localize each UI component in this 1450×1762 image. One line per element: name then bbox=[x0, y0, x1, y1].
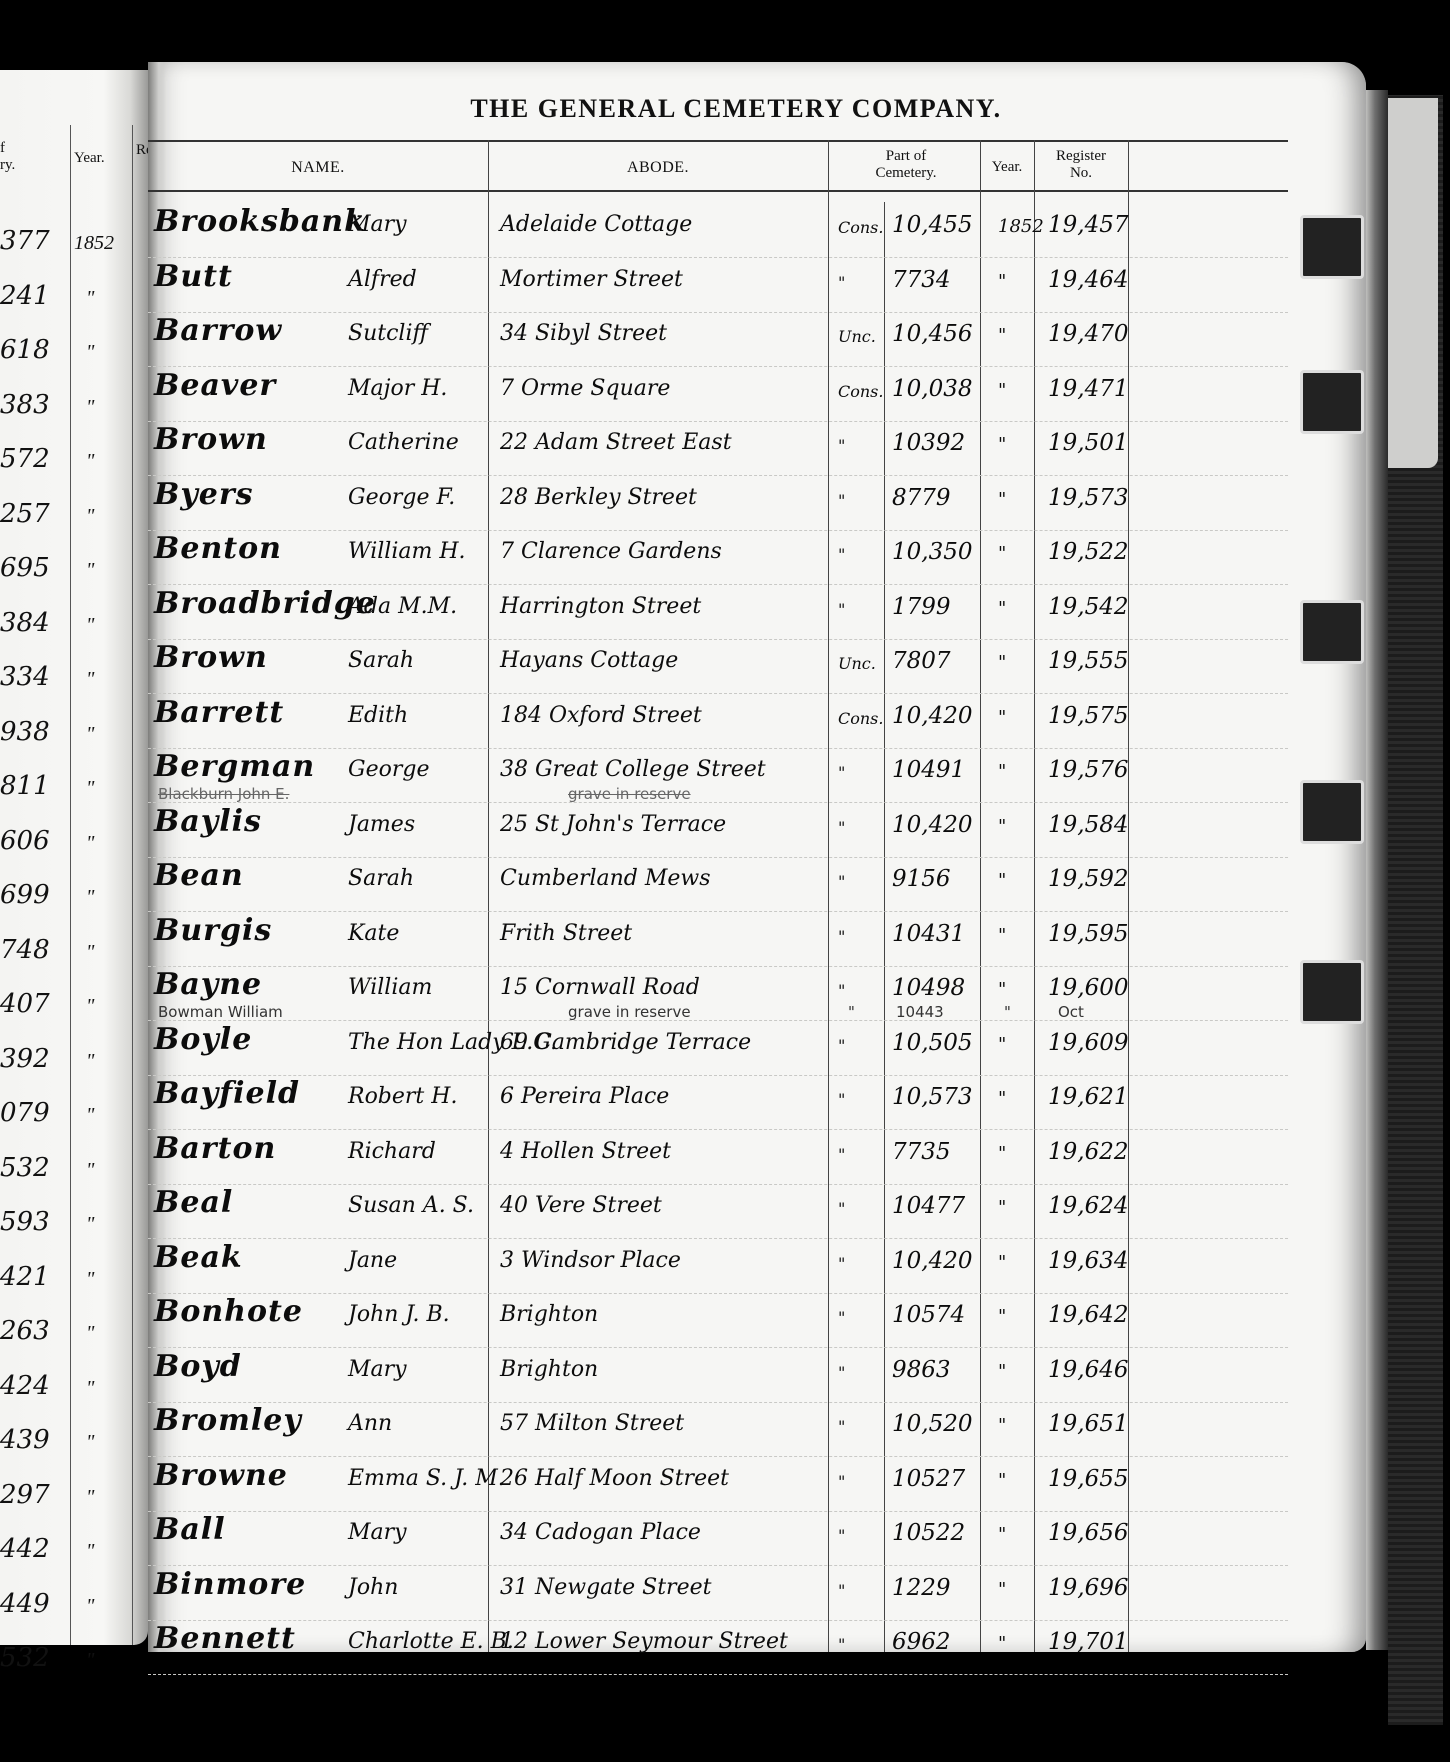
abode: 26 Half Moon Street bbox=[500, 1466, 729, 1491]
left-year: " bbox=[86, 450, 94, 473]
left-page-row: 699" bbox=[0, 872, 148, 928]
register-number: 19,584 bbox=[1048, 812, 1128, 838]
grave-number: 10,038 bbox=[892, 376, 972, 402]
given-name: Catherine bbox=[348, 430, 459, 455]
register-page: THE GENERAL CEMETERY COMPANY. NAME. ABOD… bbox=[148, 62, 1366, 1652]
table-row: BrownCatherine22 Adam Street East"10392"… bbox=[148, 420, 1288, 476]
abode: 7 Clarence Gardens bbox=[500, 539, 722, 564]
left-year: " bbox=[86, 1268, 94, 1291]
left-year: " bbox=[86, 995, 94, 1018]
given-name: Mary bbox=[348, 1357, 407, 1382]
left-page-row: 811" bbox=[0, 763, 148, 819]
grave-number: 10,505 bbox=[892, 1030, 972, 1056]
abode: 22 Adam Street East bbox=[500, 430, 732, 455]
register-number: 19,701 bbox=[1048, 1629, 1128, 1655]
grave-number: 9863 bbox=[892, 1357, 951, 1383]
part-of-cemetery: " bbox=[838, 1254, 845, 1273]
left-year: 1852 bbox=[74, 232, 114, 255]
left-year: " bbox=[86, 1486, 94, 1509]
surname: Benton bbox=[154, 531, 282, 566]
surname: Bonhote bbox=[154, 1294, 303, 1329]
year: " bbox=[998, 489, 1006, 510]
part-of-cemetery: Unc. bbox=[838, 327, 876, 346]
register-number: 19,595 bbox=[1048, 921, 1128, 947]
abode: 7 Orme Square bbox=[500, 376, 670, 401]
left-grave-number: 377 bbox=[0, 226, 50, 256]
part-of-cemetery: " bbox=[838, 1308, 845, 1327]
abode: 28 Berkley Street bbox=[500, 485, 697, 510]
left-year: " bbox=[86, 614, 94, 637]
given-name: Ann bbox=[348, 1411, 392, 1436]
given-name: George F. bbox=[348, 485, 455, 510]
table-row: BrooksbankMaryAdelaide CottageCons.10,45… bbox=[148, 202, 1288, 258]
left-page-row: 606" bbox=[0, 818, 148, 874]
part-of-cemetery: " bbox=[838, 872, 845, 891]
surname: Beal bbox=[154, 1185, 233, 1220]
table-row: BennettCharlotte E. B.12 Lower Seymour S… bbox=[148, 1619, 1288, 1675]
part-of-cemetery: Cons. bbox=[838, 709, 883, 728]
left-grave-number: 748 bbox=[0, 935, 50, 965]
flyleaf-edge bbox=[1388, 98, 1438, 468]
register-number: 19,651 bbox=[1048, 1411, 1128, 1437]
abode: 34 Sibyl Street bbox=[500, 321, 667, 346]
part-of-cemetery: " bbox=[838, 273, 845, 292]
surname: Bean bbox=[154, 858, 244, 893]
part-of-cemetery: " bbox=[838, 1199, 845, 1218]
abode: Mortimer Street bbox=[500, 267, 683, 292]
header-name: NAME. bbox=[208, 159, 428, 176]
year: " bbox=[998, 761, 1006, 782]
left-grave-number: 442 bbox=[0, 1534, 50, 1564]
table-row: BeakJane3 Windsor Place"10,420"19,634 bbox=[148, 1238, 1288, 1294]
abode: 184 Oxford Street bbox=[500, 703, 702, 728]
surname: Baylis bbox=[154, 804, 262, 839]
left-grave-number: 699 bbox=[0, 880, 50, 910]
year: " bbox=[998, 1633, 1006, 1654]
register-number: 19,471 bbox=[1048, 376, 1128, 402]
left-grave-number: 618 bbox=[0, 335, 50, 365]
grave-number: 10,520 bbox=[892, 1411, 972, 1437]
year: 1852 bbox=[998, 216, 1044, 237]
given-name: Robert H. bbox=[348, 1084, 457, 1109]
given-name: Mary bbox=[348, 1520, 407, 1545]
surname: Barrett bbox=[154, 695, 284, 730]
left-year: " bbox=[86, 886, 94, 909]
year: " bbox=[998, 816, 1006, 837]
surname: Bergman bbox=[154, 749, 315, 784]
left-grave-number: 449 bbox=[0, 1589, 50, 1619]
table-row: BarrowSutcliff34 Sibyl StreetUnc.10,456"… bbox=[148, 311, 1288, 367]
part-of-cemetery: " bbox=[838, 927, 845, 946]
grave-number: 10498 bbox=[892, 975, 965, 1001]
table-row: BergmanGeorge38 Great College Street"104… bbox=[148, 747, 1288, 803]
left-page-row: 421" bbox=[0, 1254, 148, 1310]
left-grave-number: 079 bbox=[0, 1098, 50, 1128]
surname: Brown bbox=[154, 640, 268, 675]
part-of-cemetery: Cons. bbox=[838, 218, 883, 237]
part-of-cemetery: " bbox=[838, 600, 845, 619]
abode: Hayans Cottage bbox=[500, 648, 678, 673]
register-number: 19,621 bbox=[1048, 1084, 1128, 1110]
abode: Frith Street bbox=[500, 921, 632, 946]
given-name: John J. B. bbox=[348, 1302, 450, 1327]
surname: Boyle bbox=[154, 1022, 252, 1057]
left-page-row: 241" bbox=[0, 273, 148, 329]
given-name: John bbox=[348, 1575, 398, 1600]
surname: Beaver bbox=[154, 368, 276, 403]
part-of-cemetery: " bbox=[838, 763, 845, 782]
left-grave-number: 439 bbox=[0, 1425, 50, 1455]
year: " bbox=[998, 925, 1006, 946]
page-stack-edge bbox=[1366, 90, 1388, 1650]
grave-number: 10,456 bbox=[892, 321, 972, 347]
header-part-of-cemetery: Part of Cemetery. bbox=[836, 148, 976, 182]
page-title: THE GENERAL CEMETERY COMPANY. bbox=[416, 94, 1056, 124]
register-number: 19,542 bbox=[1048, 594, 1128, 620]
surname: Bromley bbox=[154, 1403, 302, 1438]
left-page-row: 593" bbox=[0, 1199, 148, 1255]
surname: Browne bbox=[154, 1458, 288, 1493]
register-number: 19,573 bbox=[1048, 485, 1128, 511]
year: " bbox=[998, 979, 1006, 1000]
abode: 38 Great College Street bbox=[500, 757, 766, 782]
left-grave-number: 257 bbox=[0, 499, 50, 529]
left-year: " bbox=[86, 1159, 94, 1182]
left-page-row: 532" bbox=[0, 1145, 148, 1201]
table-row: BaylisJames25 St John's Terrace"10,420"1… bbox=[148, 802, 1288, 858]
register-number: 19,470 bbox=[1048, 321, 1128, 347]
left-grave-number: 421 bbox=[0, 1262, 50, 1292]
register-number: 19,464 bbox=[1048, 267, 1128, 293]
year: " bbox=[998, 543, 1006, 564]
year: " bbox=[998, 1197, 1006, 1218]
part-of-cemetery: " bbox=[838, 1472, 845, 1491]
left-year: " bbox=[86, 1322, 94, 1345]
left-grave-number: 392 bbox=[0, 1044, 50, 1074]
left-year: " bbox=[86, 1649, 94, 1672]
abode: 25 St John's Terrace bbox=[500, 812, 726, 837]
given-name: Charlotte E. B. bbox=[348, 1629, 514, 1654]
left-header-part-fragment: f ry. bbox=[0, 140, 15, 174]
annotation-year: " bbox=[1004, 1003, 1011, 1021]
grave-number: 7734 bbox=[892, 267, 951, 293]
register-number: 19,646 bbox=[1048, 1357, 1128, 1383]
left-year: " bbox=[86, 341, 94, 364]
table-row: BayfieldRobert H.6 Pereira Place"10,573"… bbox=[148, 1074, 1288, 1130]
grave-number: 10477 bbox=[892, 1193, 965, 1219]
left-page-row: 384" bbox=[0, 600, 148, 656]
left-page-row: 424" bbox=[0, 1363, 148, 1419]
table-row: BoyleThe Hon Lady L.G.69 Cambridge Terra… bbox=[148, 1020, 1288, 1076]
year: " bbox=[998, 1252, 1006, 1273]
struck-out-name: Blackburn John E. bbox=[158, 785, 289, 803]
abode: Brighton bbox=[500, 1357, 598, 1382]
year: " bbox=[998, 1143, 1006, 1164]
part-of-cemetery: " bbox=[838, 1036, 845, 1055]
index-tab bbox=[1300, 370, 1364, 434]
left-grave-number: 695 bbox=[0, 553, 50, 583]
table-row: BeanSarahCumberland Mews"9156"19,592 bbox=[148, 856, 1288, 912]
abode: 6 Pereira Place bbox=[500, 1084, 669, 1109]
register-number: 19,696 bbox=[1048, 1575, 1128, 1601]
part-of-cemetery: Cons. bbox=[838, 382, 883, 401]
part-of-cemetery: " bbox=[838, 545, 845, 564]
header-year: Year. bbox=[982, 159, 1032, 176]
struck-out-note: grave in reserve bbox=[568, 785, 691, 803]
left-year: " bbox=[86, 1213, 94, 1236]
table-row: BeaverMajor H.7 Orme SquareCons.10,038"1… bbox=[148, 366, 1288, 422]
grave-number: 10527 bbox=[892, 1466, 965, 1492]
left-page-row: 695" bbox=[0, 545, 148, 601]
abode: Cumberland Mews bbox=[500, 866, 711, 891]
part-of-cemetery: " bbox=[838, 1526, 845, 1545]
year: " bbox=[998, 870, 1006, 891]
year: " bbox=[998, 707, 1006, 728]
surname: Boyd bbox=[154, 1349, 242, 1384]
surname: Beak bbox=[154, 1240, 243, 1275]
part-of-cemetery: " bbox=[838, 436, 845, 455]
register-number: 19,622 bbox=[1048, 1139, 1128, 1165]
left-page-row: 532" bbox=[0, 1635, 148, 1691]
given-name: William bbox=[348, 975, 432, 1000]
table-row: BroadbridgeAda M.M.Harrington Street"179… bbox=[148, 584, 1288, 640]
annotation-register: Oct bbox=[1058, 1003, 1084, 1021]
grave-number: 10522 bbox=[892, 1520, 965, 1546]
grave-number: 10491 bbox=[892, 757, 965, 783]
abode: Adelaide Cottage bbox=[500, 212, 692, 237]
left-grave-number: 383 bbox=[0, 390, 50, 420]
grave-number: 10,420 bbox=[892, 1248, 972, 1274]
left-grave-number: 606 bbox=[0, 826, 50, 856]
part-of-cemetery: " bbox=[838, 1145, 845, 1164]
part-of-cemetery: " bbox=[838, 491, 845, 510]
grave-number: 9156 bbox=[892, 866, 951, 892]
left-year: " bbox=[86, 668, 94, 691]
annotation-part: " bbox=[848, 1003, 855, 1021]
given-name: Kate bbox=[348, 921, 399, 946]
part-of-cemetery: Unc. bbox=[838, 654, 876, 673]
left-grave-number: 424 bbox=[0, 1371, 50, 1401]
left-year: " bbox=[86, 1104, 94, 1127]
register-number: 19,457 bbox=[1048, 212, 1128, 238]
left-year: " bbox=[86, 1540, 94, 1563]
table-row: BallMary34 Cadogan Place"10522"19,656 bbox=[148, 1510, 1288, 1566]
grave-number: 7735 bbox=[892, 1139, 951, 1165]
annotation-grave: 10443 bbox=[896, 1003, 944, 1021]
abode: 3 Windsor Place bbox=[500, 1248, 681, 1273]
register-number: 19,576 bbox=[1048, 757, 1128, 783]
given-name: George bbox=[348, 757, 429, 782]
surname: Butt bbox=[154, 259, 233, 294]
year: " bbox=[998, 1579, 1006, 1600]
grave-number: 1229 bbox=[892, 1575, 951, 1601]
year: " bbox=[998, 598, 1006, 619]
annotation-abode: grave in reserve bbox=[568, 1003, 691, 1021]
given-name: Sutcliff bbox=[348, 321, 428, 346]
part-of-cemetery: " bbox=[838, 1363, 845, 1382]
register-number: 19,522 bbox=[1048, 539, 1128, 565]
register-number: 19,600 bbox=[1048, 975, 1128, 1001]
grave-number: 7807 bbox=[892, 648, 951, 674]
given-name: Richard bbox=[348, 1139, 436, 1164]
year: " bbox=[998, 434, 1006, 455]
surname: Barton bbox=[154, 1131, 276, 1166]
part-of-cemetery: " bbox=[838, 1581, 845, 1600]
left-header-year: Year. bbox=[74, 150, 105, 167]
part-of-cemetery: " bbox=[838, 981, 845, 1000]
grave-number: 6962 bbox=[892, 1629, 951, 1655]
surname: Bennett bbox=[154, 1621, 296, 1656]
annotation-name: Bowman William bbox=[158, 1003, 283, 1021]
surname: Burgis bbox=[154, 913, 272, 948]
part-of-cemetery: " bbox=[838, 1417, 845, 1436]
table-row: BonhoteJohn J. B.Brighton"10574"19,642 bbox=[148, 1292, 1288, 1348]
table-row: BealSusan A. S.40 Vere Street"10477"19,6… bbox=[148, 1183, 1288, 1239]
abode: Brighton bbox=[500, 1302, 598, 1327]
left-grave-number: 297 bbox=[0, 1480, 50, 1510]
header-top-rule bbox=[148, 140, 1288, 142]
left-year: " bbox=[86, 287, 94, 310]
surname: Brooksbank bbox=[154, 204, 366, 239]
left-page-row: 263" bbox=[0, 1308, 148, 1364]
previous-page-strip: f ry. Year. Re 3771852241"618"383"572"25… bbox=[0, 70, 148, 1645]
left-year: " bbox=[86, 396, 94, 419]
surname: Bayfield bbox=[154, 1076, 300, 1111]
left-page-row: 257" bbox=[0, 491, 148, 547]
year: " bbox=[998, 380, 1006, 401]
year: " bbox=[998, 1034, 1006, 1055]
left-grave-number: 938 bbox=[0, 717, 50, 747]
left-grave-number: 532 bbox=[0, 1643, 50, 1673]
table-row: ButtAlfredMortimer Street"7734"19,464 bbox=[148, 257, 1288, 313]
left-grave-number: 241 bbox=[0, 281, 50, 311]
grave-number: 10,420 bbox=[892, 812, 972, 838]
index-tab bbox=[1300, 780, 1364, 844]
table-row: BinmoreJohn31 Newgate Street"1229"19,696 bbox=[148, 1565, 1288, 1621]
left-page-row: 334" bbox=[0, 654, 148, 710]
grave-number: 10574 bbox=[892, 1302, 965, 1328]
given-name: Emma S. J. M. bbox=[348, 1466, 505, 1491]
table-row: ByersGeorge F.28 Berkley Street"8779"19,… bbox=[148, 475, 1288, 531]
given-name: Alfred bbox=[348, 267, 417, 292]
part-of-cemetery: " bbox=[838, 1090, 845, 1109]
year: " bbox=[998, 1088, 1006, 1109]
header-register-no: Register No. bbox=[1036, 148, 1126, 182]
left-page-row: 407" bbox=[0, 981, 148, 1037]
table-row: BrowneEmma S. J. M.26 Half Moon Street"1… bbox=[148, 1456, 1288, 1512]
register-number: 19,609 bbox=[1048, 1030, 1128, 1056]
surname: Barrow bbox=[154, 313, 282, 348]
left-year: " bbox=[86, 505, 94, 528]
part-of-cemetery: " bbox=[838, 818, 845, 837]
given-name: Susan A. S. bbox=[348, 1193, 474, 1218]
given-name: William H. bbox=[348, 539, 466, 564]
year: " bbox=[998, 1470, 1006, 1491]
grave-number: 1799 bbox=[892, 594, 951, 620]
left-year: " bbox=[86, 832, 94, 855]
left-grave-number: 334 bbox=[0, 662, 50, 692]
left-page-row: 618" bbox=[0, 327, 148, 383]
given-name: Sarah bbox=[348, 648, 414, 673]
year: " bbox=[998, 1524, 1006, 1545]
abode: 15 Cornwall Road bbox=[500, 975, 700, 1000]
left-year: " bbox=[86, 559, 94, 582]
grave-number: 10,573 bbox=[892, 1084, 972, 1110]
grave-number: 10,350 bbox=[892, 539, 972, 565]
table-row: BarrettEdith184 Oxford StreetCons.10,420… bbox=[148, 693, 1288, 749]
table-row: BartonRichard4 Hollen Street"7735"19,622 bbox=[148, 1129, 1288, 1185]
left-page-row: 079" bbox=[0, 1090, 148, 1146]
left-grave-number: 407 bbox=[0, 989, 50, 1019]
abode: 4 Hollen Street bbox=[500, 1139, 671, 1164]
surname: Binmore bbox=[154, 1567, 306, 1602]
left-year: " bbox=[86, 1377, 94, 1400]
left-page-row: 442" bbox=[0, 1526, 148, 1582]
left-grave-number: 384 bbox=[0, 608, 50, 638]
left-page-row: 383" bbox=[0, 382, 148, 438]
register-number: 19,642 bbox=[1048, 1302, 1128, 1328]
left-year: " bbox=[86, 1431, 94, 1454]
table-row: BromleyAnn57 Milton Street"10,520"19,651 bbox=[148, 1401, 1288, 1457]
left-page-row: 572" bbox=[0, 436, 148, 492]
left-page-row: 392" bbox=[0, 1036, 148, 1092]
left-page-row: 449" bbox=[0, 1581, 148, 1637]
year: " bbox=[998, 325, 1006, 346]
given-name: Major H. bbox=[348, 376, 447, 401]
left-grave-number: 811 bbox=[0, 771, 50, 801]
given-name: James bbox=[348, 812, 415, 837]
register-number: 19,555 bbox=[1048, 648, 1128, 674]
year: " bbox=[998, 1306, 1006, 1327]
grave-number: 8779 bbox=[892, 485, 951, 511]
register-number: 19,624 bbox=[1048, 1193, 1128, 1219]
table-row: BentonWilliam H.7 Clarence Gardens"10,35… bbox=[148, 529, 1288, 585]
index-tab bbox=[1300, 215, 1364, 279]
table-row: BoydMaryBrighton"9863"19,646 bbox=[148, 1347, 1288, 1403]
given-name: Sarah bbox=[348, 866, 414, 891]
register-number: 19,501 bbox=[1048, 430, 1128, 456]
table-row: BrownSarahHayans CottageUnc.7807"19,555 bbox=[148, 638, 1288, 694]
abode: 40 Vere Street bbox=[500, 1193, 662, 1218]
grave-number: 10,455 bbox=[892, 212, 972, 238]
given-name: Edith bbox=[348, 703, 408, 728]
left-page-row: 3771852 bbox=[0, 218, 148, 274]
register-number: 19,634 bbox=[1048, 1248, 1128, 1274]
given-name: Ada M.M. bbox=[348, 594, 457, 619]
left-year: " bbox=[86, 1595, 94, 1618]
left-year: " bbox=[86, 1050, 94, 1073]
given-name: Jane bbox=[348, 1248, 397, 1273]
surname: Byers bbox=[154, 477, 254, 512]
abode: Harrington Street bbox=[500, 594, 701, 619]
register-number: 19,656 bbox=[1048, 1520, 1128, 1546]
abode: 34 Cadogan Place bbox=[500, 1520, 701, 1545]
year: " bbox=[998, 1361, 1006, 1382]
grave-number: 10392 bbox=[892, 430, 965, 456]
left-grave-number: 263 bbox=[0, 1316, 50, 1346]
abode: 69 Cambridge Terrace bbox=[500, 1030, 751, 1055]
register-number: 19,592 bbox=[1048, 866, 1128, 892]
left-page-row: 938" bbox=[0, 709, 148, 765]
year: " bbox=[998, 271, 1006, 292]
left-year: " bbox=[86, 941, 94, 964]
surname: Brown bbox=[154, 422, 268, 457]
table-row: BurgisKateFrith Street"10431"19,595 bbox=[148, 911, 1288, 967]
year: " bbox=[998, 652, 1006, 673]
left-grave-number: 532 bbox=[0, 1153, 50, 1183]
abode: 31 Newgate Street bbox=[500, 1575, 711, 1600]
left-page-row: 297" bbox=[0, 1472, 148, 1528]
